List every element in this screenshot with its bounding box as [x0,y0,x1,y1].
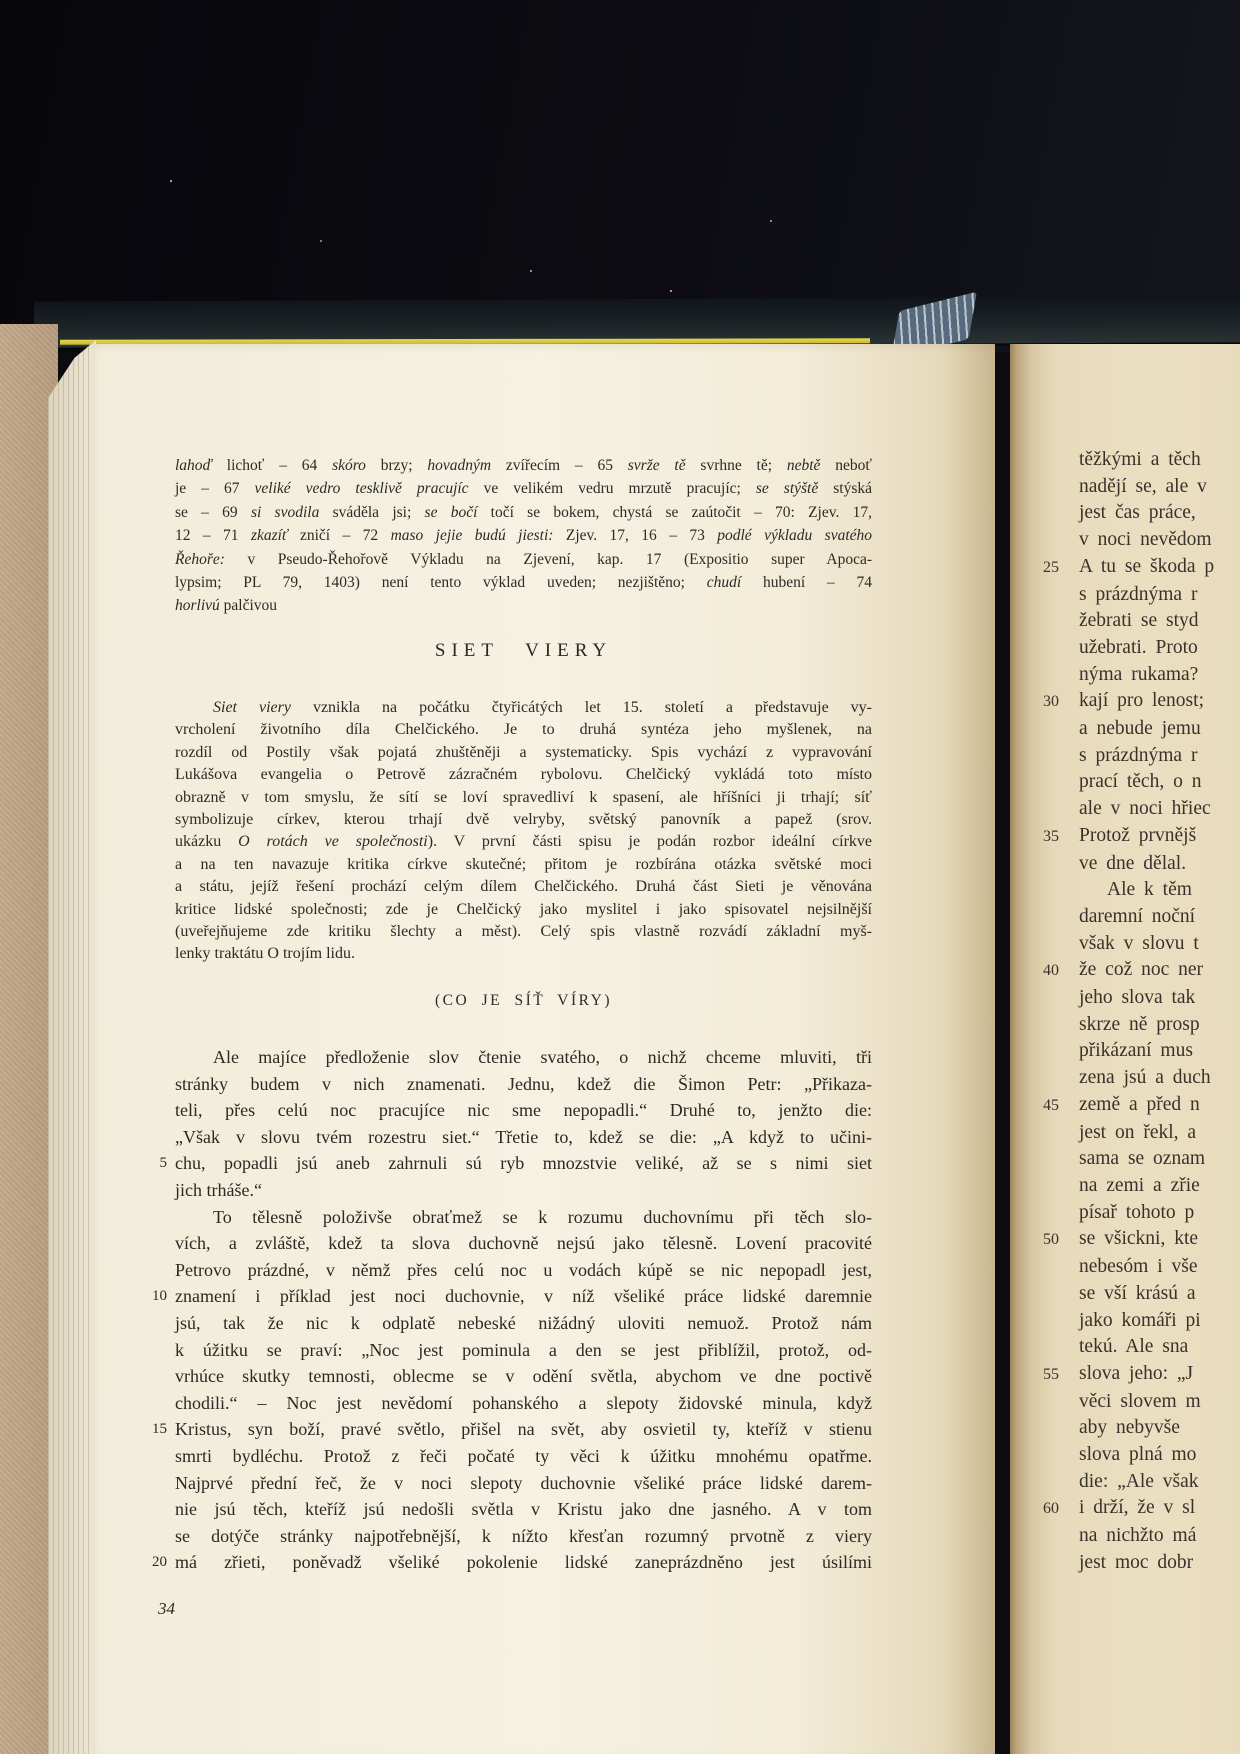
line-text: obrazně v tom smyslu, že sítí se loví sp… [175,787,872,809]
text-line: 20má zřieti, poněvadž všeliké pokolenie … [175,1549,872,1576]
line-text: lenky traktátu O trojím lidu. [175,943,872,965]
line-text: s prázdnýma r [1079,584,1197,605]
line-number: 60 [1043,1496,1073,1523]
line-text: nie jsú těch, kteříž jsú nedošli světla … [175,1496,872,1523]
line-text: s prázdnýma r [1079,745,1197,766]
line-number: 20 [133,1549,167,1576]
line-text: a nebude jemu [1079,718,1201,739]
line-text: vrcholení životního díla Chelčického. Je… [175,719,872,741]
text-line: jest on řekl, a [1043,1120,1240,1147]
chapter-title: SIET VIERY [175,640,872,662]
text-line: daremní noční [1043,904,1240,931]
line-text: slova plná mo [1079,1444,1196,1465]
text-line: smrti bydléchu. Protož z řeči počaté ty … [175,1443,872,1470]
line-number: 10 [133,1283,167,1310]
line-text: Lukášova evangelia o Petrově zázračném r… [175,764,872,786]
text-line: a nebude jemu [1043,716,1240,743]
text-line: se vší krású a [1043,1281,1240,1308]
line-text: lahoď lichoť – 64 skóro brzy; hovadným z… [175,454,872,477]
text-line: sama se oznam [1043,1146,1240,1173]
line-text: chodili.“ – Noc jest nevědomí pohanského… [175,1390,872,1417]
text-line: na nichžto má [1043,1523,1240,1550]
line-number: 45 [1043,1093,1073,1120]
text-line: písař tohoto p [1043,1200,1240,1227]
line-text: však v slovu t [1079,933,1199,954]
line-text: sama se oznam [1079,1148,1205,1169]
text-line: jeho slova tak [1043,985,1240,1012]
text-line: vích, a zvláště, kdež ta slova duchovně … [175,1230,872,1257]
text-line: lahoď lichoť – 64 skóro brzy; hovadným z… [175,454,872,477]
text-line: rozdíl od Postily však pojatá zhuštěněji… [175,742,872,764]
text-line: žebrati se styd [1043,608,1240,635]
text-line: 55slova jeho: „J [1043,1361,1240,1389]
line-text: v noci nevědom [1079,529,1212,550]
line-text: a státu, jejíž řešení prochází celým díl… [175,876,872,898]
line-text: 12 – 71 zkazíť zničí – 72 maso jejie bud… [175,524,872,547]
text-line: však v slovu t [1043,931,1240,958]
text-line: lypsim; PL 79, 1403) není tento výklad u… [175,571,872,594]
line-text: země a před n [1079,1094,1200,1115]
text-line: Řehoře: v Pseudo-Řehořově Výkladu na Zje… [175,548,872,571]
line-text: (uveřejňujeme zde kritiku šlechty a měst… [175,921,872,943]
text-line: k úžitku se praví: „Noc jest pominula a … [175,1337,872,1364]
text-line: symbolizuje církev, kterou trhají dvě ve… [175,809,872,831]
line-text: Ale k těm [1079,879,1192,900]
line-text: se dotýče stránky najpotřebnější, k nížt… [175,1523,872,1550]
text-line: nebesóm i vše [1043,1254,1240,1281]
page-number: 34 [158,1599,175,1619]
line-text: jest moc dobr [1079,1552,1193,1573]
line-text: že což noc ner [1079,959,1203,980]
text-line: ve dne dělal. [1043,851,1240,878]
text-line: s prázdnýma r [1043,582,1240,609]
line-text: jako komáři pi [1079,1310,1201,1331]
line-text: aby nebyvše [1079,1417,1180,1438]
line-text: k úžitku se praví: „Noc jest pominula a … [175,1337,872,1364]
line-text: Ale majíce předloženie slov čtenie svaté… [175,1044,872,1071]
line-number: 25 [1043,555,1073,582]
text-line: To tělesně položivše obraťmež se k rozum… [175,1204,872,1231]
text-line: kritice lidské společnosti; zde je Chelč… [175,899,872,921]
text-line: 35Protož prvnějš [1043,823,1240,851]
line-text: die: „Ale však [1079,1471,1199,1492]
line-text: rozdíl od Postily však pojatá zhuštěněji… [175,742,872,764]
critical-apparatus: lahoď lichoť – 64 skóro brzy; hovadným z… [175,454,872,618]
page-stack-edge [48,340,96,1754]
text-line: 40že což noc ner [1043,957,1240,985]
line-number: 55 [1043,1362,1073,1389]
line-text: jich trháše.“ [175,1177,872,1204]
dust-specks [170,180,172,182]
line-text: daremní noční [1079,906,1195,927]
line-text: je – 67 veliké vedro tesklivě pracujíc v… [175,477,872,500]
text-line: die: „Ale však [1043,1469,1240,1496]
text-line: přikázaní mus [1043,1038,1240,1065]
text-line: vrcholení životního díla Chelčického. Je… [175,719,872,741]
text-line: chodili.“ – Noc jest nevědomí pohanského… [175,1390,872,1417]
editor-introduction: Siet viery vznikla na počátku čtyřicátýc… [175,697,872,966]
line-text: A tu se škoda p [1079,556,1214,577]
text-line: 60i drží, že v sl [1043,1495,1240,1523]
line-text: Petrovo prázdné, v němž přes celú noc u … [175,1257,872,1284]
text-line: vrhúce skutky temnosti, oblecme se v odě… [175,1363,872,1390]
line-text: symbolizuje církev, kterou trhají dvě ve… [175,809,872,831]
line-text: se – 69 si svodila sváděla jsi; se bočí … [175,501,872,524]
line-text: teli, přes celú noc pracujíce nic sme ne… [175,1097,872,1124]
line-text: Siet viery vznikla na počátku čtyřicátýc… [175,697,872,719]
book-photo: lahoď lichoť – 64 skóro brzy; hovadným z… [0,0,1240,1754]
line-number: 15 [133,1416,167,1443]
text-line: 50se všickni, kte [1043,1226,1240,1254]
text-line: Ale k těm [1043,877,1240,904]
text-line: Lukášova evangelia o Petrově zázračném r… [175,764,872,786]
line-text: smrti bydléchu. Protož z řeči počaté ty … [175,1443,872,1470]
line-text: písař tohoto p [1079,1202,1194,1223]
line-text: na zemi a zřie [1079,1175,1200,1196]
text-line: jest čas práce, [1043,500,1240,527]
line-text: slova jeho: „J [1079,1363,1193,1384]
text-line: obrazně v tom smyslu, že sítí se loví sp… [175,787,872,809]
line-number: 35 [1043,824,1073,851]
text-line: teli, přes celú noc pracujíce nic sme ne… [175,1097,872,1124]
line-text: Najprvé přední řeč, že v noci slepoty du… [175,1470,872,1497]
text-line: jsú, tak že nic k odplatě nebeské nižádn… [175,1310,872,1337]
text-line: stránky budem v nich znamenati. Jednu, k… [175,1071,872,1098]
text-line: těžkými a těch [1043,447,1240,474]
text-line: aby nebyvše [1043,1415,1240,1442]
line-text: se vší krású a [1079,1283,1196,1304]
text-line: Siet viery vznikla na počátku čtyřicátýc… [175,697,872,719]
text-line: prací těch, o n [1043,769,1240,796]
line-text: žebrati se styd [1079,610,1199,631]
text-line: nýma rukama? [1043,662,1240,689]
line-text: ale v noci hřiec [1079,798,1211,819]
text-line: horlivú palčivou [175,594,872,617]
text-line: 5chu, popadli jsú aneb zahrnuli sú ryb m… [175,1150,872,1177]
text-line: v noci nevědom [1043,527,1240,554]
text-line: 10znamení i příklad jest noci duchovnie,… [175,1283,872,1310]
line-text: přikázaní mus [1079,1040,1193,1061]
line-text: vích, a zvláště, kdež ta slova duchovně … [175,1230,872,1257]
line-text: jest on řekl, a [1079,1122,1196,1143]
line-text: zena jsú a duch [1079,1067,1211,1088]
line-text: horlivú palčivou [175,594,872,617]
line-number: 50 [1043,1227,1073,1254]
line-text: To tělesně položivše obraťmež se k rozum… [175,1204,872,1231]
text-line: a státu, jejíž řešení prochází celým díl… [175,876,872,898]
line-number: 40 [1043,958,1073,985]
line-text: věci slovem m [1079,1391,1201,1412]
line-text: stránky budem v nich znamenati. Jednu, k… [175,1071,872,1098]
text-line: skrze ně prosp [1043,1012,1240,1039]
line-text: znamení i příklad jest noci duchovnie, v… [175,1283,872,1310]
text-line: s prázdnýma r [1043,743,1240,770]
text-line: Najprvé přední řeč, že v noci slepoty du… [175,1470,872,1497]
line-text: nýma rukama? [1079,664,1198,685]
line-text: ve dne dělal. [1079,853,1186,874]
line-text: i drží, že v sl [1079,1497,1195,1518]
text-line: je – 67 veliké vedro tesklivě pracujíc v… [175,477,872,500]
line-text: „Však v slovu tvém rozestru siet.“ Třeti… [175,1124,872,1151]
line-text: a na ten navazuje kritika církve skutečn… [175,854,872,876]
line-text: lypsim; PL 79, 1403) není tento výklad u… [175,571,872,594]
line-text: nadějí se, ale v [1079,476,1207,497]
text-line: tekú. Ale sna [1043,1334,1240,1361]
text-line: Petrovo prázdné, v němž přes celú noc u … [175,1257,872,1284]
text-line: nie jsú těch, kteříž jsú nedošli světla … [175,1496,872,1523]
line-text: Řehoře: v Pseudo-Řehořově Výkladu na Zje… [175,548,872,571]
line-text: nebesóm i vše [1079,1256,1197,1277]
text-line: Ale majíce předloženie slov čtenie svaté… [175,1044,872,1071]
text-line: a na ten navazuje kritika církve skutečn… [175,854,872,876]
text-line: „Však v slovu tvém rozestru siet.“ Třeti… [175,1124,872,1151]
line-text: užebrati. Proto [1079,637,1198,658]
line-text: jest čas práce, [1079,502,1196,523]
line-text: má zřieti, poněvadž všeliké pokolenie li… [175,1549,872,1576]
text-line: nadějí se, ale v [1043,474,1240,501]
text-line: lenky traktátu O trojím lidu. [175,943,872,965]
facing-page-text: těžkými a těchnadějí se, ale vjest čas p… [1043,447,1240,1577]
text-line: (uveřejňujeme zde kritiku šlechty a měst… [175,921,872,943]
text-line: slova plná mo [1043,1442,1240,1469]
line-text: vrhúce skutky temnosti, oblecme se v odě… [175,1363,872,1390]
line-number: 30 [1043,689,1073,716]
text-line: 15Kristus, syn boží, pravé světlo, přiše… [175,1416,872,1443]
text-line: jest moc dobr [1043,1550,1240,1577]
text-line: na zemi a zřie [1043,1173,1240,1200]
line-text: skrze ně prosp [1079,1014,1200,1035]
text-line: 25A tu se škoda p [1043,554,1240,582]
text-line: se – 69 si svodila sváděla jsi; se bočí … [175,501,872,524]
text-line: zena jsú a duch [1043,1065,1240,1092]
line-text: těžkými a těch [1079,449,1201,470]
text-line: 12 – 71 zkazíť zničí – 72 maso jejie bud… [175,524,872,547]
text-line: užebrati. Proto [1043,635,1240,662]
text-line: ale v noci hřiec [1043,796,1240,823]
line-number: 5 [133,1150,167,1177]
line-text: na nichžto má [1079,1525,1196,1546]
line-text: jeho slova tak [1079,987,1195,1008]
line-text: Protož prvnějš [1079,825,1196,846]
text-line: jako komáři pi [1043,1308,1240,1335]
text-line: věci slovem m [1043,1389,1240,1416]
text-line: se dotýče stránky najpotřebnější, k nížt… [175,1523,872,1550]
line-text: Kristus, syn boží, pravé světlo, přišel … [175,1416,872,1443]
line-text: chu, popadli jsú aneb zahrnuli sú ryb mn… [175,1150,872,1177]
line-text: ukázku O rotách ve společnosti). V první… [175,831,872,853]
line-text: prací těch, o n [1079,771,1201,792]
line-text: jsú, tak že nic k odplatě nebeské nižádn… [175,1310,872,1337]
line-text: se všickni, kte [1079,1228,1198,1249]
text-line: jich trháše.“ [175,1177,872,1204]
line-text: tekú. Ale sna [1079,1336,1188,1357]
section-subtitle: (CO JE SÍŤ VÍRY) [175,992,872,1010]
line-text: kritice lidské společnosti; zde je Chelč… [175,899,872,921]
text-line: 45země a před n [1043,1092,1240,1120]
text-line: ukázku O rotách ve společnosti). V první… [175,831,872,853]
text-line: 30kají pro lenost; [1043,688,1240,716]
line-text: kají pro lenost; [1079,690,1204,711]
main-text: Ale majíce předloženie slov čtenie svaté… [175,1044,872,1576]
